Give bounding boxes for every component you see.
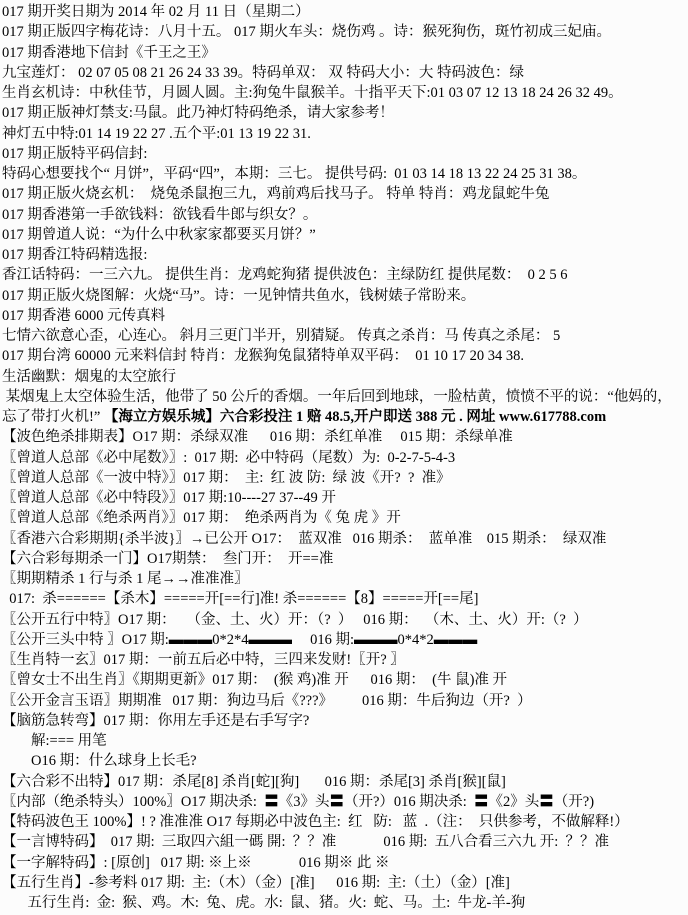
doc-line-18: 017 期台湾 60000 元来料信封 特肖：龙猴狗兔鼠猪特单双平码： 01 1… (2, 346, 688, 366)
doc-line-24-text: 〖曾道人总部《一波中特》〗017 期： 主: 红 波 防: 绿 波《开? ? 准… (2, 470, 451, 486)
lottery-tips-document: 017 期开奖日期为 2014 年 02 月 11 日（星期二）017 期正版四… (0, 0, 688, 915)
doc-line-13: 017 期香江特码精选报: (2, 245, 688, 265)
doc-line-7-text: 神灯五中特:01 14 19 22 27 .五个平:01 13 19 22 31… (2, 126, 311, 142)
doc-line-29: 〖期期精杀 1 行与杀 1 尾→→准准准〗 (2, 569, 688, 589)
doc-line-41-text: 【特码波色王 100%】! ? 准准准 O17 每期必中波色主: 红 防: 蓝 … (2, 814, 629, 830)
doc-line-27: 〖香港六合彩期期{杀半波}〗→已公开 O17： 蓝双准 016 期杀： 蓝单准 … (2, 529, 688, 549)
doc-line-16: 017 期香港 6000 元传真料 (2, 306, 688, 326)
doc-line-2-text: 017 期正版四字梅花诗：八月十五。 017 期火车头：烧伤鸡 。诗：猴死狗伤，… (2, 24, 611, 40)
doc-line-14: 香江话特码：一三六九。 提供生肖：龙鸡蛇狗猪 提供波色：主绿防红 提供尾数： 0… (2, 265, 688, 285)
doc-line-43: 【一字解特码】: [原创] 017 期: ※上※ 016 期※ 此 ※ (2, 853, 688, 873)
doc-line-39-text: 【六合彩不出特】017 期：杀尾[8] 杀肖[蛇][狗] 016 期：杀尾[3]… (2, 774, 506, 790)
doc-line-36-text: 【脑筋急转弯】017 期：你用左手还是右手写字? (2, 713, 309, 729)
doc-line-4-text: 九宝莲灯： 02 07 05 08 21 26 24 33 39。特码单双： 双… (2, 65, 524, 81)
doc-line-27-text: 〖香港六合彩期期{杀半波}〗→已公开 O17： 蓝双准 016 期杀： 蓝单准 … (2, 531, 606, 547)
doc-line-23: 〖曾道人总部《必中尾数》〗: 017 期: 必中特码（尾数）为: 0-2-7-5… (2, 448, 688, 468)
doc-line-21: 忘了带打火机!” 【海立方娱乐城】六合彩投注 1 赔 48.5,开户即送 388… (2, 407, 688, 427)
doc-line-8-text: 017 期正版特平码信封: (2, 146, 147, 162)
doc-line-32-text: 〖公开三头中特 〗O17 期:▬▬▬0*2*4▬▬▬ 016 期:▬▬▬0*4*… (2, 632, 477, 648)
doc-line-45: 五行生肖: 金: 猴、鸡。木: 兔、虎。水: 鼠、猪。火: 蛇、马。土: 牛龙-… (2, 893, 688, 913)
doc-line-16-text: 017 期香港 6000 元传真料 (2, 308, 165, 324)
doc-line-42: 【一言博特码】 017 期: 三取四六組一碼 開: ？？准 016 期: 五八合… (2, 832, 688, 852)
doc-line-41: 【特码波色王 100%】! ? 准准准 O17 每期必中波色主: 红 防: 蓝 … (2, 812, 688, 832)
doc-line-20-text: 某烟鬼上太空体验生活，他带了 50 公斤的香烟。一年后回到地球，一脸枯黄，愤愤不… (2, 389, 672, 405)
doc-line-44-text: 【五行生肖】-参考料 017 期: 主:（木）（金）[准] 016 期: 主:（… (2, 875, 510, 891)
doc-line-12-text: 017 期曾道人说：“为什么中秋家家都要买月饼？” (2, 227, 316, 243)
doc-line-5: 生肖玄机诗：中秋佳节，月圆人圆。主:狗兔牛鼠猴羊。十指平天下:01 03 07 … (2, 83, 688, 103)
doc-line-19-text: 生活幽默：烟鬼的太空旅行 (2, 369, 176, 385)
doc-line-36: 【脑筋急转弯】017 期：你用左手还是右手写字? (2, 711, 688, 731)
doc-line-38: O16 期：什么球身上长毛? (2, 751, 688, 771)
doc-line-32: 〖公开三头中特 〗O17 期:▬▬▬0*2*4▬▬▬ 016 期:▬▬▬0*4*… (2, 630, 688, 650)
doc-line-22: 【波色绝杀排期表】O17 期：杀绿双准 016 期：杀红单准 015 期：杀绿单… (2, 427, 688, 447)
doc-line-15-text: 017 期正版火烧图解：火烧“马”。诗：一见钟情共鱼水，钱树婊子常盼来。 (2, 288, 475, 304)
doc-line-4: 九宝莲灯： 02 07 05 08 21 26 24 33 39。特码单双： 双… (2, 63, 688, 83)
doc-line-13-text: 017 期香江特码精选报: (2, 247, 147, 263)
doc-line-3-text: 017 期香港地下信封《千王之王》 (2, 45, 216, 61)
doc-line-1: 017 期开奖日期为 2014 年 02 月 11 日（星期二） (2, 2, 688, 22)
doc-line-30: 017: 杀======【杀木】=====开[==行]准! 杀======【8】… (2, 589, 688, 609)
doc-line-37-text: 解:=== 用笔 (2, 733, 107, 749)
doc-line-33-text: 〖生肖特一玄〗017 期：一前五后必中特，三四来发财!〖开? 〗 (2, 652, 405, 668)
doc-line-6: 017 期正版神灯禁支:马鼠。此乃神灯特码绝杀，请大家参考！ (2, 103, 688, 123)
doc-line-3: 017 期香港地下信封《千王之王》 (2, 43, 688, 63)
doc-line-20: 某烟鬼上太空体验生活，他带了 50 公斤的香烟。一年后回到地球，一脸枯黄，愤愤不… (2, 387, 688, 407)
doc-line-25: 〖曾道人总部《必中特段》〗017 期:10----27 37--49 开 (2, 488, 688, 508)
doc-line-29-text: 〖期期精杀 1 行与杀 1 尾→→准准准〗 (2, 571, 249, 587)
doc-line-37: 解:=== 用笔 (2, 731, 688, 751)
doc-line-9-text: 特码心想要找个“ 月饼”，平码“四”，本期：三七。 提供号码: 01 03 14… (2, 166, 586, 182)
doc-line-19: 生活幽默：烟鬼的太空旅行 (2, 367, 688, 387)
promo-ad-text: 【海立方娱乐城】六合彩投注 1 赔 48.5,开户即送 388 元 . 网址 w… (104, 409, 606, 425)
doc-line-23-text: 〖曾道人总部《必中尾数》〗: 017 期: 必中特码（尾数）为: 0-2-7-5… (2, 450, 455, 466)
doc-line-33: 〖生肖特一玄〗017 期：一前五后必中特，三四来发财!〖开? 〗 (2, 650, 688, 670)
doc-line-22-text: 【波色绝杀排期表】O17 期：杀绿双准 016 期：杀红单准 015 期：杀绿单… (2, 429, 513, 445)
doc-line-1-text: 017 期开奖日期为 2014 年 02 月 11 日（星期二） (2, 4, 310, 20)
doc-line-17-text: 七情六欲意心歪，心连心。 斜月三更门半开，别猜疑。 传真之杀肖：马 传真之杀尾：… (2, 328, 560, 344)
doc-line-10: 017 期正版火烧玄机： 烧兔杀鼠抱三九，鸡前鸡后找马子。 特单 特肖：鸡龙鼠蛇… (2, 184, 688, 204)
doc-line-11-text: 017 期香港第一手欲钱料：欲钱看牛郎与织女？。 (2, 207, 317, 223)
doc-line-21-text: 忘了带打火机!” (2, 409, 104, 425)
doc-line-45-text: 五行生肖: 金: 猴、鸡。木: 兔、虎。水: 鼠、猪。火: 蛇、马。土: 牛龙-… (2, 895, 525, 911)
doc-line-14-text: 香江话特码：一三六九。 提供生肖：龙鸡蛇狗猪 提供波色：主绿防红 提供尾数： 0… (2, 267, 568, 283)
doc-line-6-text: 017 期正版神灯禁支:马鼠。此乃神灯特码绝杀，请大家参考！ (2, 105, 394, 121)
doc-line-34: 〖曾女士不出生肖〗《期期更新》017 期： (猴 鸡)准 开 016 期： (牛… (2, 670, 688, 690)
doc-line-11: 017 期香港第一手欲钱料：欲钱看牛郎与织女？。 (2, 205, 688, 225)
doc-line-28: 【六合彩每期杀一门】O17期禁： 叁门开： 开==准 (2, 549, 688, 569)
doc-line-15: 017 期正版火烧图解：火烧“马”。诗：一见钟情共鱼水，钱树婊子常盼来。 (2, 286, 688, 306)
doc-line-44: 【五行生肖】-参考料 017 期: 主:（木）（金）[准] 016 期: 主:（… (2, 873, 688, 893)
doc-line-30-text: 017: 杀======【杀木】=====开[==行]准! 杀======【8】… (2, 591, 478, 607)
doc-line-43-text: 【一字解特码】: [原创] 017 期: ※上※ 016 期※ 此 ※ (2, 855, 389, 871)
doc-line-40-text: 〖内部（绝杀特头）100%〗O17 期决杀: 〓《3》头〓（开?）016 期决杀… (2, 794, 594, 810)
doc-line-2: 017 期正版四字梅花诗：八月十五。 017 期火车头：烧伤鸡 。诗：猴死狗伤，… (2, 22, 688, 42)
doc-line-24: 〖曾道人总部《一波中特》〗017 期： 主: 红 波 防: 绿 波《开? ? 准… (2, 468, 688, 488)
doc-line-9: 特码心想要找个“ 月饼”，平码“四”，本期：三七。 提供号码: 01 03 14… (2, 164, 688, 184)
doc-line-8: 017 期正版特平码信封: (2, 144, 688, 164)
doc-line-38-text: O16 期：什么球身上长毛? (2, 753, 197, 769)
doc-line-28-text: 【六合彩每期杀一门】O17期禁： 叁门开： 开==准 (2, 551, 333, 567)
doc-line-26-text: 〖曾道人总部《绝杀两肖》〗017 期： 绝杀两肖为《 兔 虎 》开 (2, 510, 401, 526)
doc-line-34-text: 〖曾女士不出生肖〗《期期更新》017 期： (猴 鸡)准 开 016 期： (牛… (2, 672, 507, 688)
doc-line-10-text: 017 期正版火烧玄机： 烧兔杀鼠抱三九，鸡前鸡后找马子。 特单 特肖：鸡龙鼠蛇… (2, 186, 549, 202)
doc-line-39: 【六合彩不出特】017 期：杀尾[8] 杀肖[蛇][狗] 016 期：杀尾[3]… (2, 772, 688, 792)
doc-line-12: 017 期曾道人说：“为什么中秋家家都要买月饼？” (2, 225, 688, 245)
doc-line-31-text: 〖公开五行中特〗O17 期： （金、土、火）开：（? ） 016 期： （木、土… (2, 612, 588, 628)
doc-line-7: 神灯五中特:01 14 19 22 27 .五个平:01 13 19 22 31… (2, 124, 688, 144)
doc-line-26: 〖曾道人总部《绝杀两肖》〗017 期： 绝杀两肖为《 兔 虎 》开 (2, 508, 688, 528)
doc-line-31: 〖公开五行中特〗O17 期： （金、土、火）开：（? ） 016 期： （木、土… (2, 610, 688, 630)
doc-line-5-text: 生肖玄机诗：中秋佳节，月圆人圆。主:狗兔牛鼠猴羊。十指平天下:01 03 07 … (2, 85, 623, 101)
doc-line-35-text: 〖公开金言玉语〗期期准 017 期：狗边马后《???》 016 期：牛后狗边（开… (2, 693, 532, 709)
doc-line-18-text: 017 期台湾 60000 元来料信封 特肖：龙猴狗兔鼠猪特单双平码： 01 1… (2, 348, 524, 364)
doc-line-35: 〖公开金言玉语〗期期准 017 期：狗边马后《???》 016 期：牛后狗边（开… (2, 691, 688, 711)
doc-line-42-text: 【一言博特码】 017 期: 三取四六組一碼 開: ？？准 016 期: 五八合… (2, 834, 609, 850)
doc-line-17: 七情六欲意心歪，心连心。 斜月三更门半开，别猜疑。 传真之杀肖：马 传真之杀尾：… (2, 326, 688, 346)
doc-line-40: 〖内部（绝杀特头）100%〗O17 期决杀: 〓《3》头〓（开?）016 期决杀… (2, 792, 688, 812)
doc-line-25-text: 〖曾道人总部《必中特段》〗017 期:10----27 37--49 开 (2, 490, 336, 506)
